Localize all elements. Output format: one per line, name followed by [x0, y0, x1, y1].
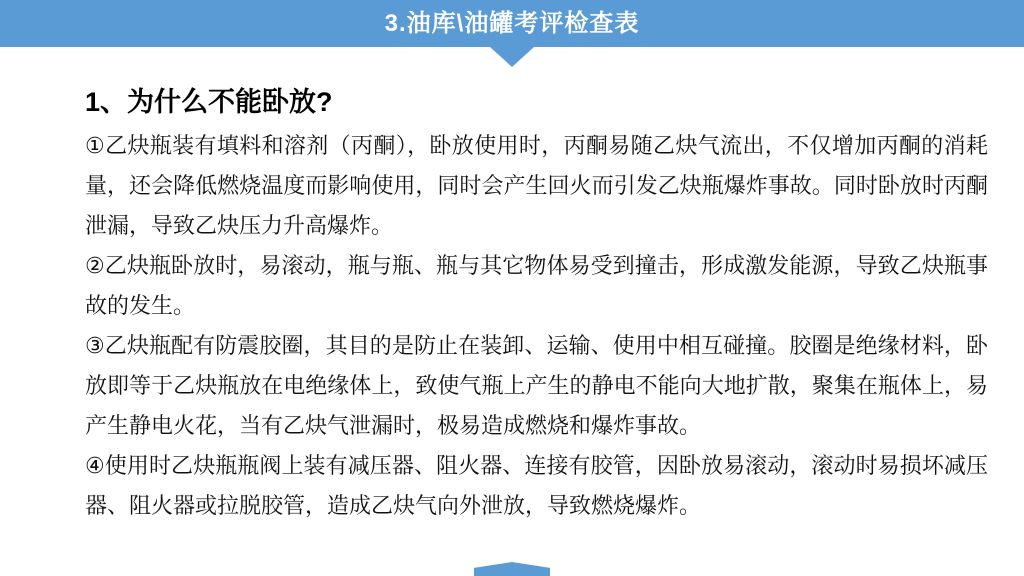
header-banner: 3.油库\油罐考评检查表	[0, 0, 1024, 47]
paragraph-1: ①乙炔瓶装有填料和溶剂（丙酮），卧放使用时，丙酮易随乙炔气流出，不仅增加丙酮的消…	[85, 126, 988, 246]
bottom-pointer-up-icon	[474, 562, 550, 576]
slide: 3.油库\油罐考评检查表 1、为什么不能卧放? ①乙炔瓶装有填料和溶剂（丙酮），…	[0, 0, 1024, 576]
banner-pointer-down-icon	[490, 47, 534, 67]
banner-title: 3.油库\油罐考评检查表	[385, 0, 640, 47]
section-heading: 1、为什么不能卧放?	[85, 84, 988, 120]
body-text: ①乙炔瓶装有填料和溶剂（丙酮），卧放使用时，丙酮易随乙炔气流出，不仅增加丙酮的消…	[85, 126, 988, 526]
paragraph-3: ③乙炔瓶配有防震胶圈，其目的是防止在装卸、运输、使用中相互碰撞。胶圈是绝缘材料，…	[85, 326, 988, 446]
paragraph-4: ④使用时乙炔瓶瓶阀上装有减压器、阻火器、连接有胶管，因卧放易滚动，滚动时易损坏减…	[85, 446, 988, 526]
slide-content: 1、为什么不能卧放? ①乙炔瓶装有填料和溶剂（丙酮），卧放使用时，丙酮易随乙炔气…	[0, 66, 1024, 526]
paragraph-2: ②乙炔瓶卧放时，易滚动，瓶与瓶、瓶与其它物体易受到撞击，形成激发能源，导致乙炔瓶…	[85, 246, 988, 326]
